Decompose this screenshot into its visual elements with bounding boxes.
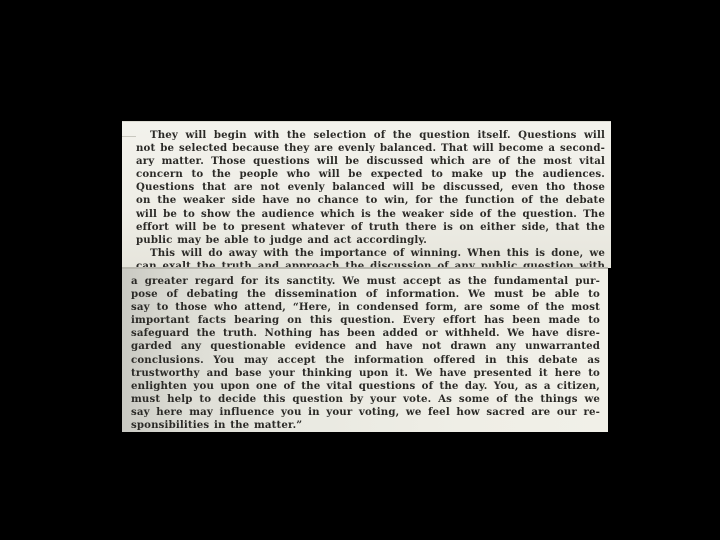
text-line: Questions that are not evenly balanced w… <box>136 181 605 194</box>
text-line: enlighten you upon one of the vital ques… <box>131 380 600 393</box>
newspaper-clipping-top: They will begin with the selection of th… <box>122 121 611 268</box>
text-line: on the weaker side have no chance to win… <box>136 194 605 207</box>
text-line: say here may influence you in your votin… <box>131 406 600 419</box>
text-line: say to those who attend, “Here, in conde… <box>131 301 600 314</box>
text-line: concern to the people who will be expect… <box>136 168 605 181</box>
text-line: will be to show the audience which is th… <box>136 208 605 221</box>
paragraph-selection-of-question: They will begin with the selection of th… <box>136 129 605 247</box>
text-line: must help to decide this question by you… <box>131 393 600 406</box>
text-line: safeguard the truth. Nothing has been ad… <box>131 327 600 340</box>
document-viewer: They will begin with the selection of th… <box>0 0 720 540</box>
text-line: pose of debating the dissemination of in… <box>131 288 600 301</box>
text-line: conclusions. You may accept the informat… <box>131 354 600 367</box>
text-line: sponsibilities in the matter.” <box>131 419 600 432</box>
text-line: This will do away with the importance of… <box>136 247 605 260</box>
paragraph-dissemination-of-information: a greater regard for its sanctity. We mu… <box>131 275 600 432</box>
text-line: effort will be to present whatever of tr… <box>136 221 605 234</box>
text-line: trustworthy and base your thinking upon … <box>131 367 600 380</box>
text-line: ary matter. Those questions will be disc… <box>136 155 605 168</box>
text-line: garded any questionable evidence and hav… <box>131 340 600 353</box>
text-line: public may be able to judge and act acco… <box>136 234 605 247</box>
newspaper-clipping-bottom: a greater regard for its sanctity. We mu… <box>122 267 608 432</box>
text-line: They will begin with the selection of th… <box>136 129 605 142</box>
text-line: important facts bearing on this question… <box>131 314 600 327</box>
text-line: not be selected because they are evenly … <box>136 142 605 155</box>
text-line: a greater regard for its sanctity. We mu… <box>131 275 600 288</box>
